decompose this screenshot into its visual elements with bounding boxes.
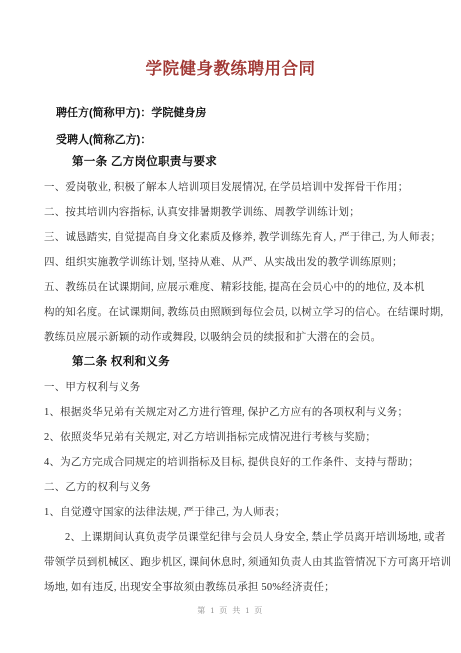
clause-line-continuation: 场地, 如有违反, 出现安全事故须由教练员承担 50%经济责任；	[44, 575, 426, 600]
clause-line: 4、为乙方完成合同规定的培训指标及目标, 提供良好的工作条件、支持与帮助；	[44, 450, 426, 475]
clause-line: 2、依照炎华兄弟有关规定, 对乙方培训指标完成情况进行考核与奖励；	[44, 425, 426, 450]
clause-line: 2、上课期间认真负责学员课堂纪律与会员人身安全, 禁止学员离开培训场地, 或者	[65, 525, 426, 550]
clause-line: 1、根据炎华兄弟有关规定对乙方进行管理, 保护乙方应有的各项权利与义务；	[44, 400, 426, 425]
section-2-heading: 第二条 权利和义务	[72, 350, 426, 375]
contract-body: 第一条 乙方岗位职责与要求 一、爱岗敬业, 积极了解本人培训项目发展情况, 在学…	[44, 150, 426, 600]
clause-line: 三、诚恳踏实, 自觉提高自身文化素质及修养, 教学训练先育人, 严于律己, 为人…	[44, 225, 426, 250]
party-b-line: 受聘人(简称乙方)：	[56, 131, 151, 147]
clause-line-continuation: 教练员应展示新颖的动作或舞段, 以吸纳会员的续报和扩大潜在的会员。	[44, 325, 426, 350]
clause-line: 二、按其培训内容指标, 认真安排暑期教学训练、周教学训练计划；	[44, 200, 426, 225]
document-title: 学院健身教练聘用合同	[0, 55, 461, 79]
clause-line: 二、乙方的权利与义务	[44, 475, 426, 500]
clause-line: 一、爱岗敬业, 积极了解本人培训项目发展情况, 在学员培训中发挥骨干作用；	[44, 175, 426, 200]
clause-line-continuation: 带领学员到机械区、跑步机区, 课间休息时, 须通知负责人由其监管情况下方可离开培…	[44, 550, 426, 575]
clause-line: 1、自觉遵守国家的法律法规, 严于律己, 为人师表；	[44, 500, 426, 525]
contract-page: 学院健身教练聘用合同 聘任方(简称甲方)：学院健身房 受聘人(简称乙方)： 第一…	[0, 0, 461, 653]
clause-line-continuation: 构的知名度。在试课期间, 教练员由照顾到每位会员, 以树立学习的信心。在结课时期…	[44, 300, 426, 325]
clause-line: 一、甲方权利与义务	[44, 375, 426, 400]
clause-line: 五、教练员在试课期间, 应展示难度、精彩技能, 提高在会员心中的的地位, 及本机	[44, 275, 426, 300]
party-a-line: 聘任方(简称甲方)：学院健身房	[56, 104, 206, 120]
clause-line: 四、组织实施教学训练计划, 坚持从难、从严、从实战出发的教学训练原则；	[44, 250, 426, 275]
page-number: 第 1 页 共 1 页	[0, 605, 461, 616]
section-1-heading: 第一条 乙方岗位职责与要求	[72, 150, 426, 175]
